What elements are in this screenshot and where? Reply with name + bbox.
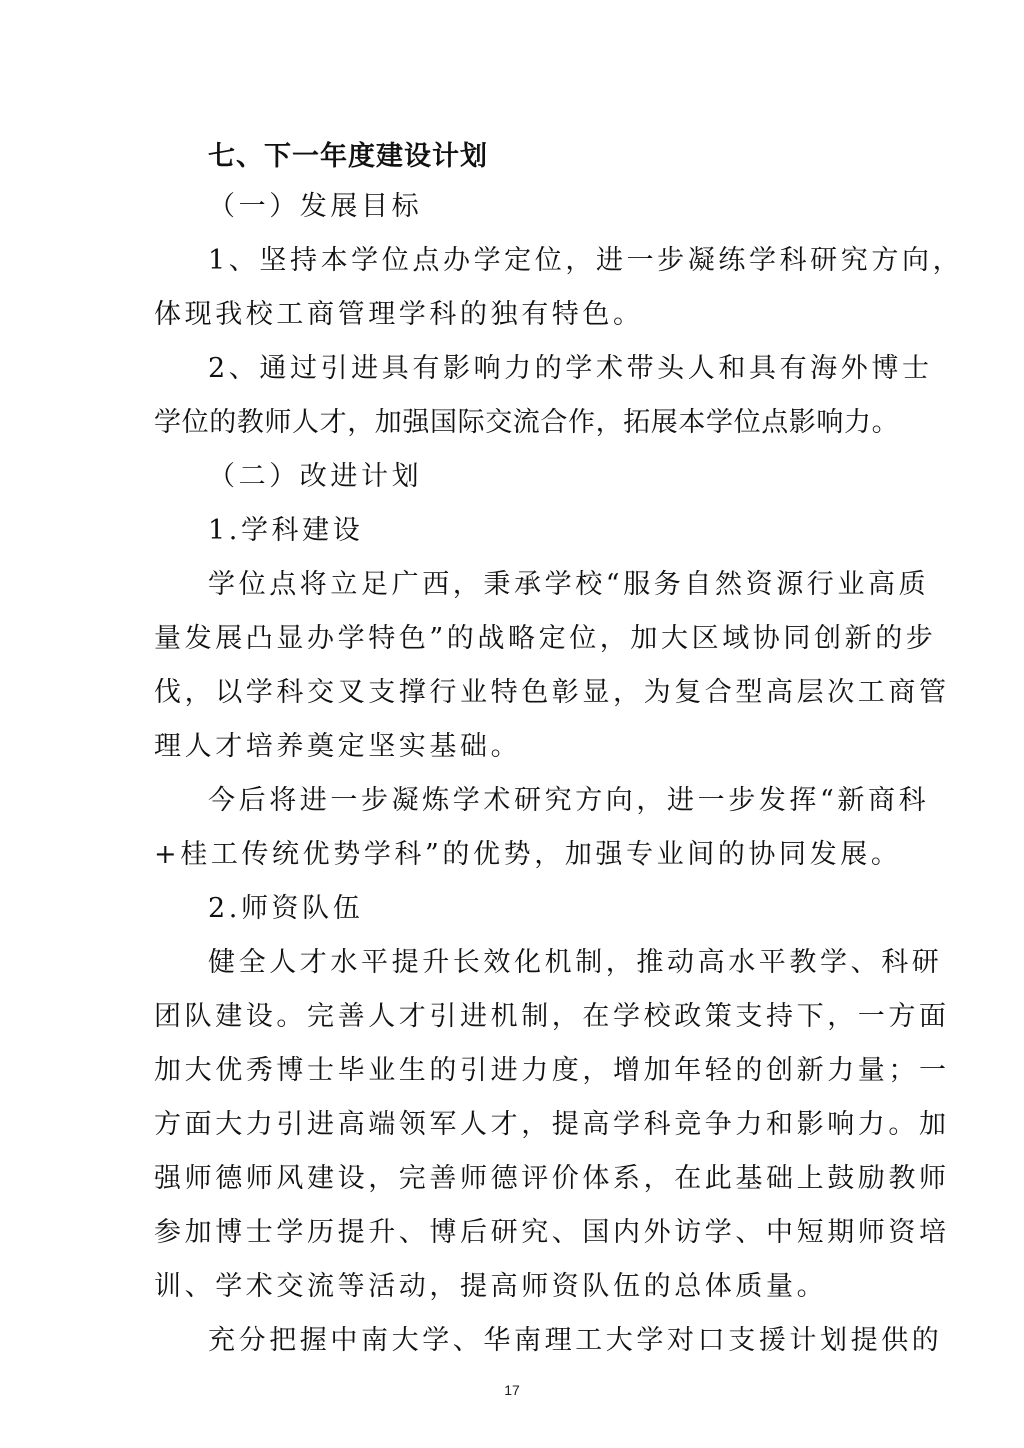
goal-1-line-1: 1、坚持本学位点办学定位，进一步凝练学科研究方向， <box>208 244 870 278</box>
goal-2-line-2: 学位的教师人才，加强国际交流合作，拓展本学位点影响力。 <box>154 406 870 440</box>
goal-1-line-2: 体现我校工商管理学科的独有特色。 <box>154 298 870 332</box>
goal-2-line-1: 2、通过引进具有影响力的学术带头人和具有海外博士 <box>208 352 870 386</box>
faculty-para-1-line-3: 加大优秀博士毕业生的引进力度，增加年轻的创新力量；一 <box>154 1054 870 1088</box>
part-title-discipline: 1.学科建设 <box>208 514 870 548</box>
faculty-para-1-line-4: 方面大力引进高端领军人才，提高学科竞争力和影响力。加 <box>154 1108 870 1142</box>
page-number: 17 <box>0 1382 1024 1398</box>
discipline-para-1-line-1: 学位点将立足广西，秉承学校“服务自然资源行业高质 <box>208 568 870 602</box>
discipline-para-1-line-3: 伐，以学科交叉支撑行业特色彰显，为复合型高层次工商管 <box>154 676 870 710</box>
faculty-para-1-line-6: 参加博士学历提升、博后研究、国内外访学、中短期师资培 <box>154 1216 870 1250</box>
faculty-para-1-line-2: 团队建设。完善人才引进机制，在学校政策支持下，一方面 <box>154 1000 870 1034</box>
subsection-title-goals: （一）发展目标 <box>208 190 870 224</box>
faculty-para-1-line-1: 健全人才水平提升长效化机制，推动高水平教学、科研 <box>208 946 870 980</box>
discipline-para-1-line-2: 量发展凸显办学特色”的战略定位，加大区域协同创新的步 <box>154 622 870 656</box>
discipline-para-2-line-1: 今后将进一步凝炼学术研究方向，进一步发挥“新商科 <box>208 784 870 818</box>
faculty-para-2-line-1: 充分把握中南大学、华南理工大学对口支援计划提供的 <box>208 1324 870 1358</box>
faculty-para-1-line-7: 训、学术交流等活动，提高师资队伍的总体质量。 <box>154 1270 870 1304</box>
section-heading: 七、下一年度建设计划 <box>208 140 870 174</box>
subsection-title-improvement: （二）改进计划 <box>208 460 870 494</box>
discipline-para-2-line-2: +桂工传统优势学科”的优势，加强专业间的协同发展。 <box>154 838 870 872</box>
discipline-para-1-line-4: 理人才培养奠定坚实基础。 <box>154 730 870 764</box>
document-page: 七、下一年度建设计划 （一）发展目标 1、坚持本学位点办学定位，进一步凝练学科研… <box>0 0 1024 1448</box>
part-title-faculty: 2.师资队伍 <box>208 892 870 926</box>
faculty-para-1-line-5: 强师德师风建设，完善师德评价体系，在此基础上鼓励教师 <box>154 1162 870 1196</box>
